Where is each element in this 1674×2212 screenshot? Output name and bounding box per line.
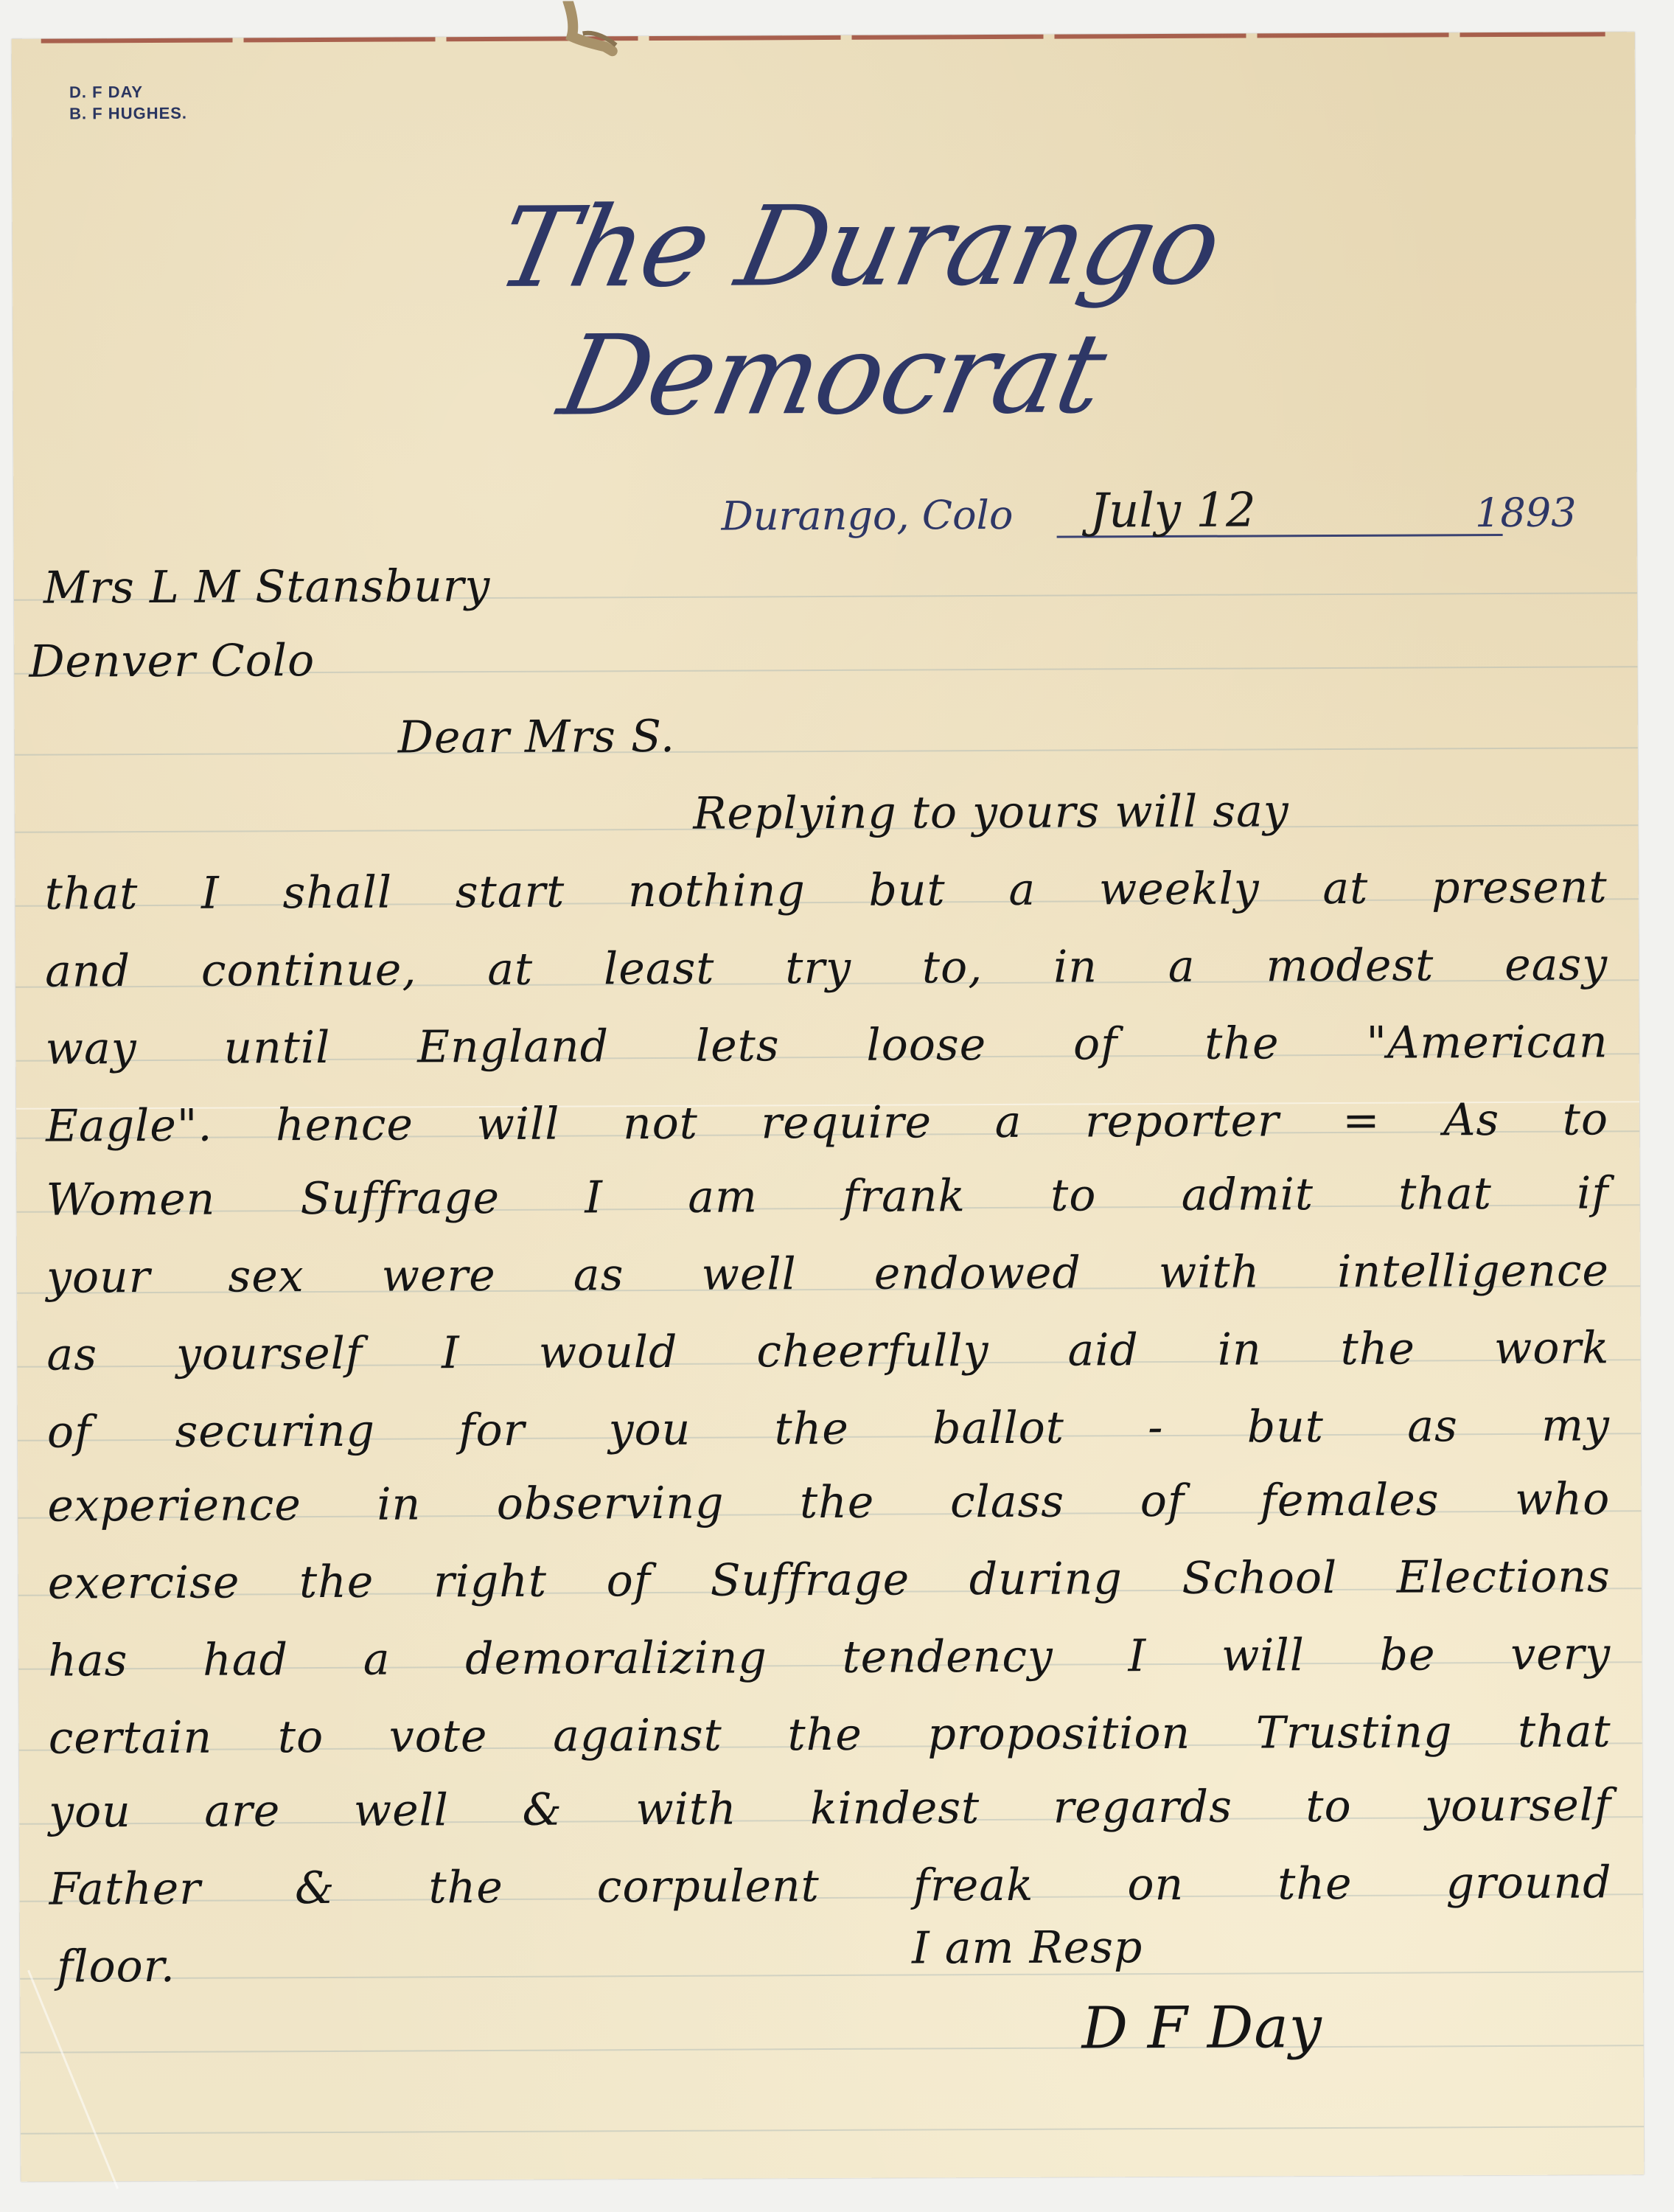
- body-line: certain to vote against the proposition …: [49, 1705, 1611, 1764]
- partner-name: B. F HUGHES.: [69, 102, 187, 125]
- letterhead-partners: D. F DAY B. F HUGHES.: [69, 81, 187, 125]
- ruled-line: [20, 1971, 1643, 1980]
- body-line: that I shall start nothing but a weekly …: [45, 861, 1608, 919]
- body-line: Women Suffrage I am frank to admit that …: [46, 1167, 1608, 1225]
- paper-top-edge: [41, 32, 1605, 43]
- signature: D F Day: [1081, 1994, 1322, 2062]
- closing: I am Resp: [912, 1921, 1143, 1974]
- body-line: Replying to yours will say: [693, 785, 1289, 840]
- body-line: of securing for you the ballot - but as …: [47, 1399, 1610, 1458]
- body-line: way until England lets loose of the "Ame…: [45, 1016, 1608, 1074]
- recipient-name: Mrs L M Stansbury: [43, 560, 491, 614]
- handwritten-date: July 12: [1089, 483, 1256, 538]
- body-line: you are well & with kindest regards to y…: [49, 1779, 1611, 1837]
- body-line: and continue, at least try to, in a mode…: [45, 939, 1608, 997]
- paper-crease: [27, 1970, 119, 2189]
- ruled-line: [21, 2045, 1644, 2053]
- dateline: Durango, Colo July 12 1893: [721, 489, 1591, 552]
- recipient-city: Denver Colo: [29, 635, 315, 688]
- body-line: your sex were as well endowed with intel…: [46, 1245, 1609, 1303]
- binding-string-icon: [553, 1, 634, 82]
- body-line: exercise the right of Suffrage during Sc…: [48, 1551, 1611, 1609]
- body-line: as yourself I would cheerfully aid in th…: [46, 1322, 1609, 1380]
- body-line: floor.: [57, 1941, 175, 1993]
- masthead-title: The Durango Democrat: [266, 180, 1425, 442]
- ruled-line: [21, 2126, 1644, 2135]
- body-line: Eagle". hence will not require a reporte…: [46, 1093, 1608, 1152]
- salutation: Dear Mrs S.: [398, 711, 675, 764]
- letter-sheet: D. F DAY B. F HUGHES. The Durango Democr…: [12, 32, 1645, 2182]
- dateline-place: Durango, Colo: [721, 492, 1013, 540]
- partner-name: D. F DAY: [69, 81, 187, 103]
- body-line: has had a demoralizing tendency I will b…: [48, 1628, 1611, 1686]
- body-line: experience in observing the class of fem…: [47, 1473, 1610, 1531]
- body-line: Father & the corpulent freak on the grou…: [49, 1857, 1611, 1915]
- dateline-year: 1893: [1475, 490, 1577, 537]
- ruled-line: [15, 747, 1638, 756]
